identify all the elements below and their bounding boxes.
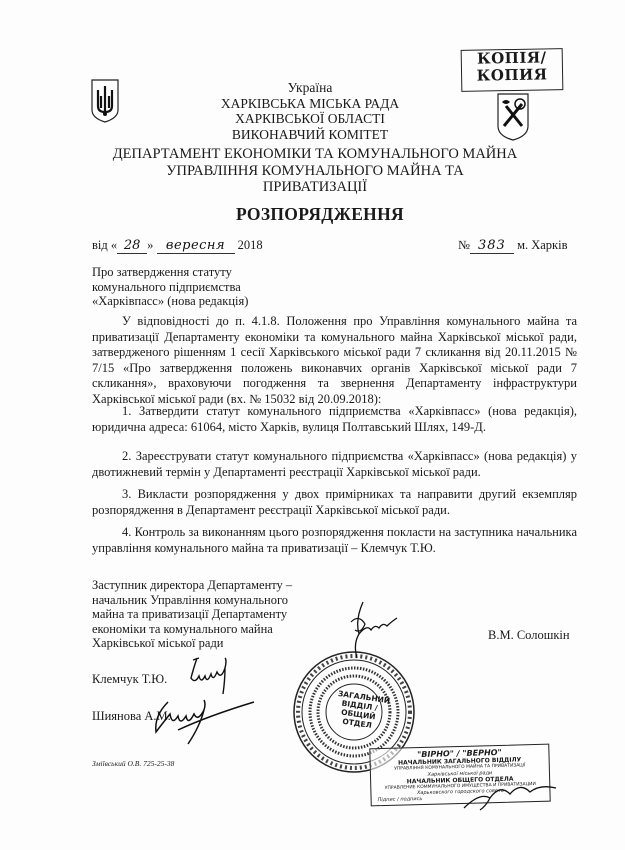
signer-position-line: економіки та комунального майна: [92, 622, 322, 637]
approver-signature: [185, 656, 245, 696]
issuer-header: Україна ХАРКІВСЬКА МІСЬКА РАДА ХАРКІВСЬК…: [170, 80, 450, 142]
department-line: ДЕПАРТАМЕНТ ЕКОНОМІКИ ТА КОМУНАЛЬНОГО МА…: [80, 146, 550, 163]
signer-position-line: начальник Управління комунального: [92, 593, 322, 608]
document-date: від «28» вересня 2018: [92, 238, 263, 254]
subject-line: комунального підприємства: [92, 280, 248, 295]
kharkiv-city-emblem-icon: [496, 92, 530, 142]
document-number: №383 м. Харків: [458, 238, 568, 254]
preamble-paragraph: У відповідності до п. 4.1.8. Положення п…: [92, 314, 577, 407]
date-prefix: від «: [92, 238, 117, 252]
department-line: УПРАВЛІННЯ КОМУНАЛЬНОГО МАЙНА ТА: [80, 163, 550, 180]
date-year: 2018: [238, 238, 263, 252]
date-month: вересня: [157, 238, 235, 254]
director-signature: [345, 600, 405, 660]
number-value: 383: [470, 238, 514, 254]
council-region: ХАРКІВСЬКОЇ ОБЛАСТІ: [170, 111, 450, 127]
council-name: ХАРКІВСЬКА МІСЬКА РАДА: [170, 96, 450, 112]
certifier-signature: [460, 772, 560, 812]
department-header: ДЕПАРТАМЕНТ ЕКОНОМІКИ ТА КОМУНАЛЬНОГО МА…: [80, 146, 550, 196]
copy-stamp: КОПІЯ/ КОПИЯ: [461, 48, 564, 92]
country-name: Україна: [170, 80, 450, 96]
signer-position-line: Харківської міської ради: [92, 636, 322, 651]
department-line: ПРИВАТИЗАЦІЇ: [80, 179, 550, 196]
executive-committee: ВИКОНАВЧИЙ КОМІТЕТ: [170, 127, 450, 143]
trident-coat-of-arms-icon: [90, 78, 120, 124]
signer-name: В.М. Солошкін: [488, 628, 570, 643]
date-day: 28: [117, 238, 147, 254]
order-item-3: 3. Викласти розпорядження у двох примірн…: [92, 487, 577, 518]
city: м. Харків: [517, 238, 567, 252]
copy-stamp-line2: КОПИЯ: [462, 66, 562, 85]
number-prefix: №: [458, 238, 470, 252]
subject-line: Про затвердження статуту: [92, 265, 248, 280]
signer-position-line: Заступник директора Департаменту –: [92, 578, 322, 593]
approver-name: Клемчук Т.Ю.: [92, 672, 167, 687]
signer-position-line: майна та приватизації Департаменту: [92, 607, 322, 622]
seal-center-text: ЗАГАЛЬНИЙ ВІДДІЛ / ОБЩИЙ ОТДЕЛ: [334, 689, 385, 731]
approver-signature: [148, 696, 258, 756]
executor-contact: Зміївський О.В. 725-25-38: [92, 759, 174, 768]
order-item-1: 1. Затвердити статут комунального підпри…: [92, 404, 577, 435]
document-title: РОЗПОРЯДЖЕННЯ: [130, 204, 510, 225]
date-mid: »: [147, 238, 153, 252]
document-subject: Про затвердження статуту комунального пі…: [92, 265, 248, 309]
order-item-4: 4. Контроль за виконанням цього розпоряд…: [92, 525, 577, 556]
subject-line: «Харківпасс» (нова редакція): [92, 294, 248, 309]
order-item-2: 2. Зареєструвати статут комунального під…: [92, 449, 577, 480]
signer-position: Заступник директора Департаменту – начал…: [92, 578, 322, 651]
